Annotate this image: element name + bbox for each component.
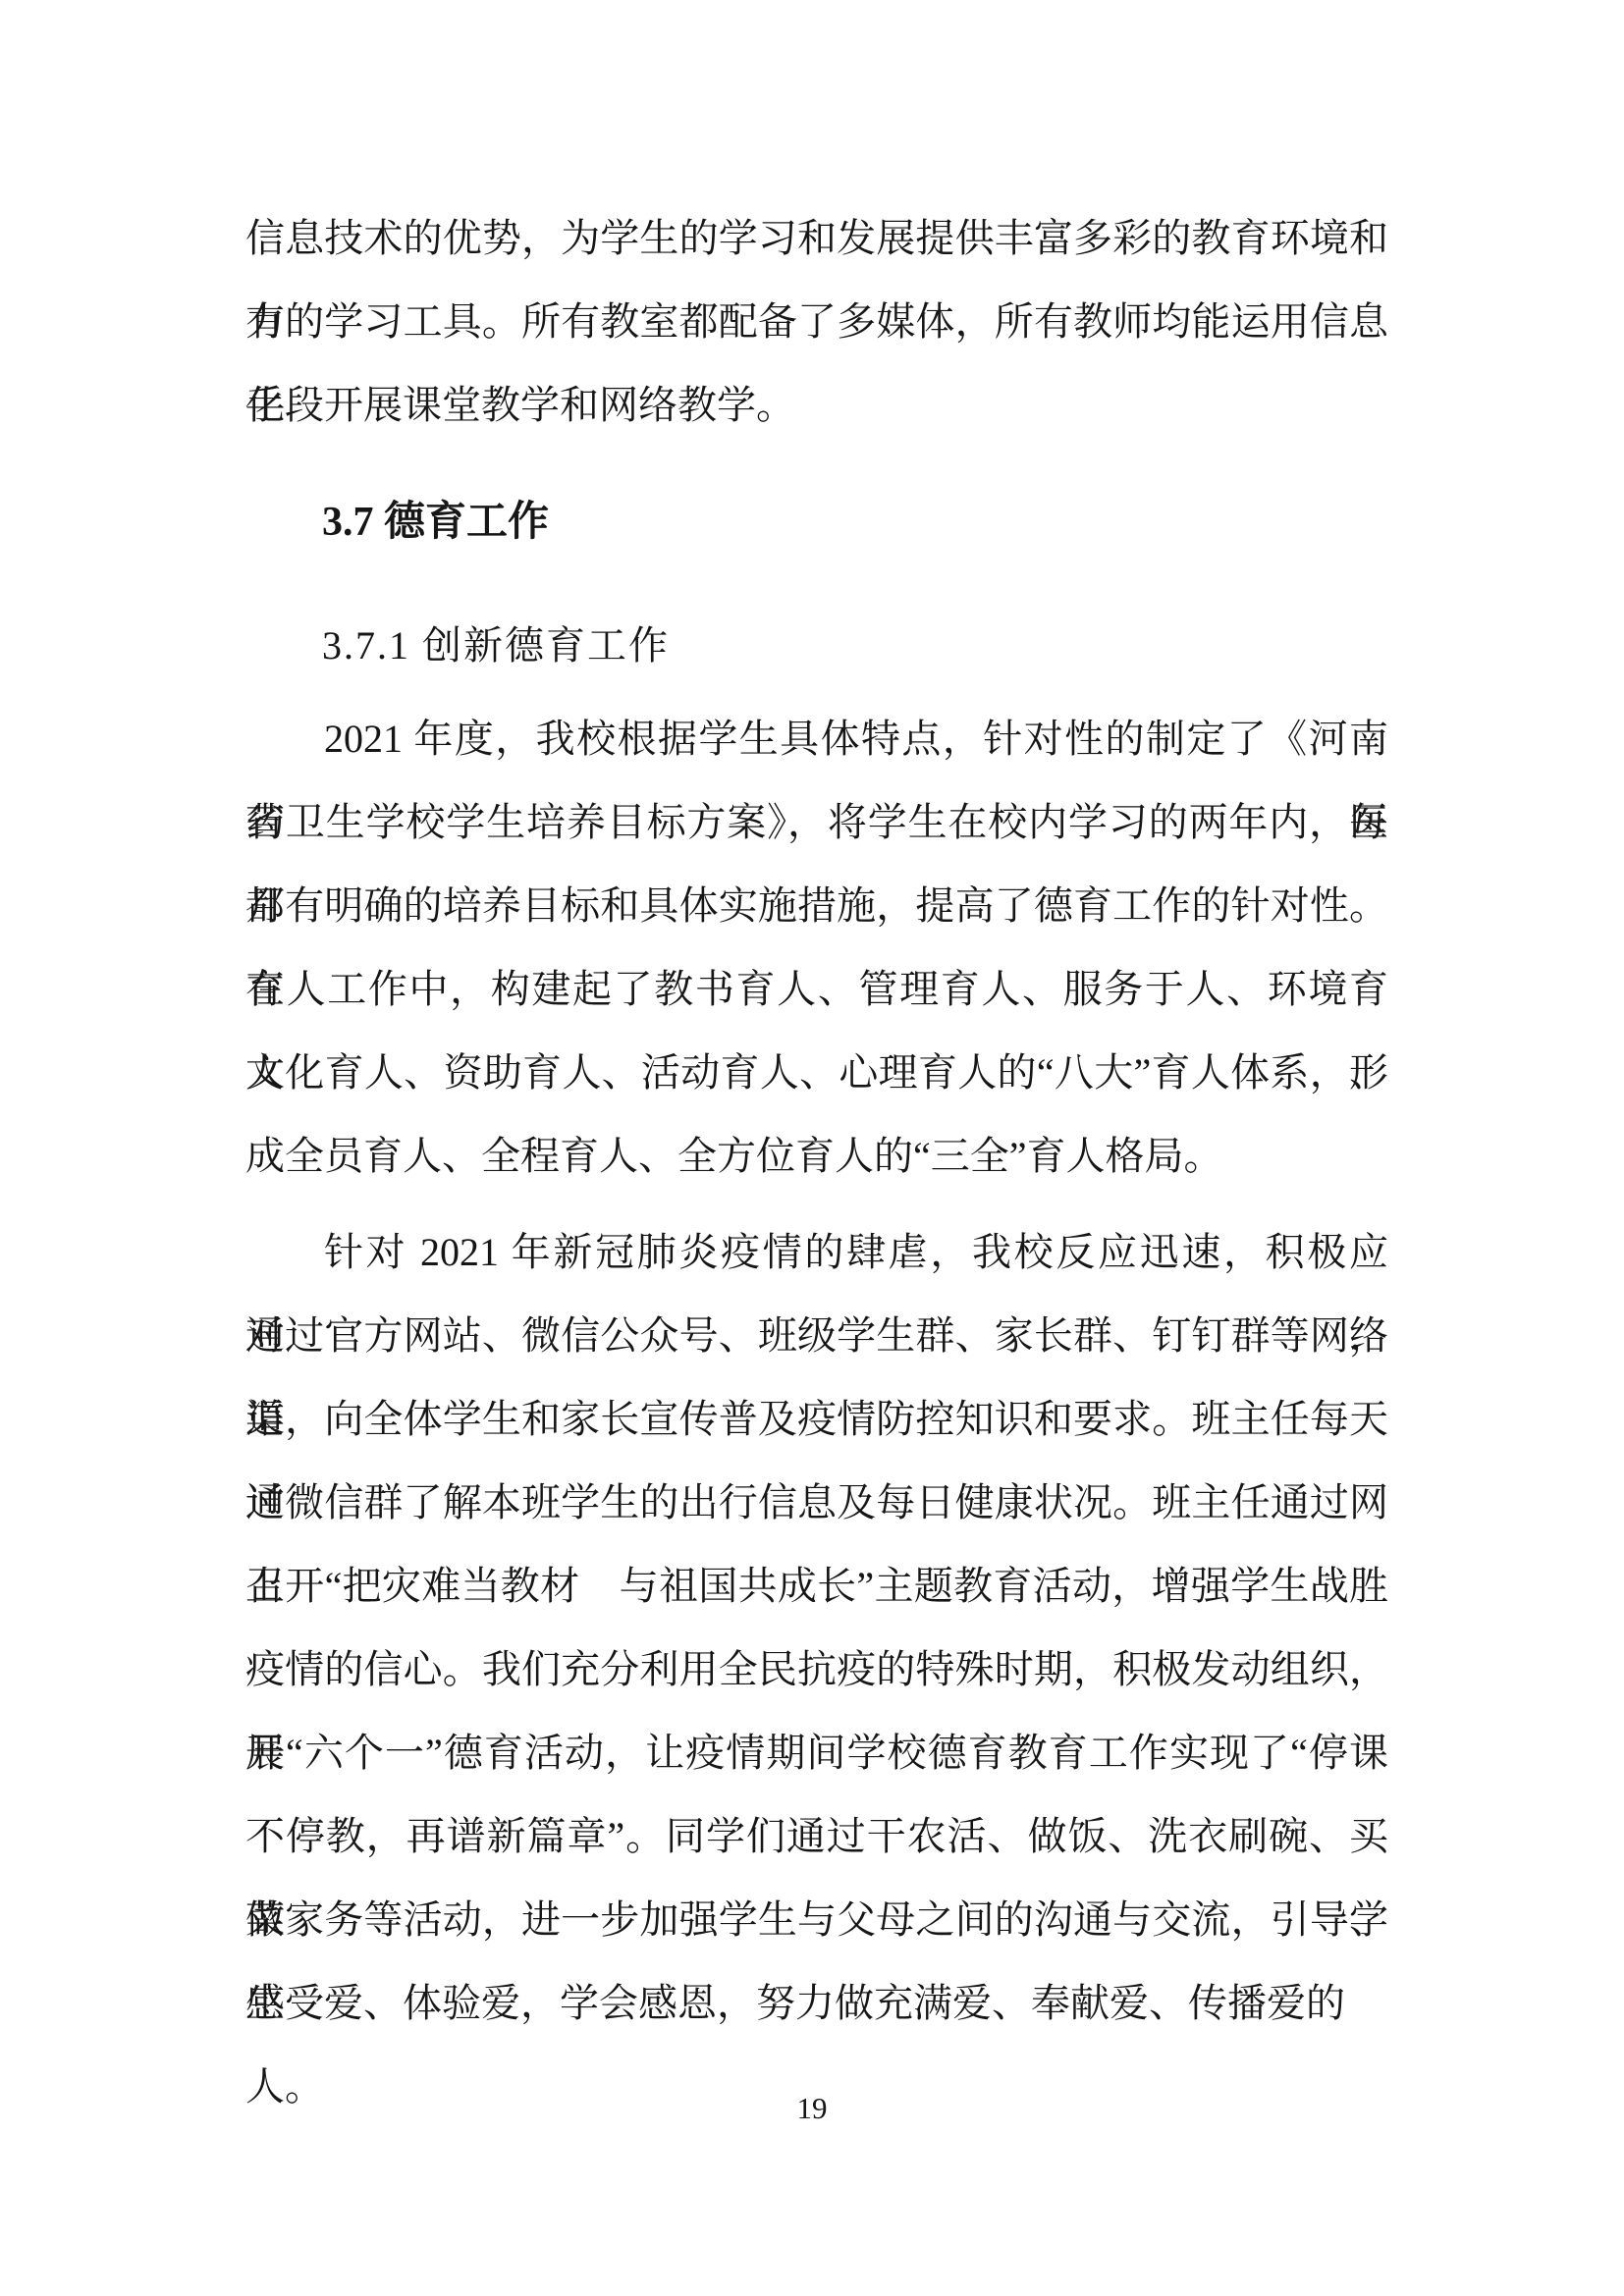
- paragraph-plan: 2021 年度，我校根据学生具体特点，针对性的制定了《河南省医 药卫生学校学生培…: [245, 697, 1388, 1198]
- body-line: 药卫生学校学生培养目标方案》，将学生在校内学习的两年内，每月: [245, 780, 1388, 864]
- body-line: 做家务等活动，进一步加强学生与父母之间的沟通与交流，引导学生: [245, 1878, 1388, 1961]
- body-line: 力的学习工具。所有教室都配备了多媒体，所有教师均能运用信息化: [245, 280, 1388, 363]
- body-line: 2021 年度，我校根据学生具体特点，针对性的制定了《河南省医: [245, 697, 1388, 780]
- document-page: 信息技术的优势，为学生的学习和发展提供丰富多彩的教育环境和有 力的学习工具。所有…: [0, 0, 1624, 2296]
- body-line: 道，向全体学生和家长宣传普及疫情防控知识和要求。班主任每天通: [245, 1377, 1388, 1461]
- body-line: 成全员育人、全程育人、全方位育人的“三全”育人格局。: [245, 1114, 1388, 1198]
- body-line: 育人工作中，构建起了教书育人、管理育人、服务于人、环境育人、: [245, 947, 1388, 1031]
- body-line: 过微信群了解本班学生的出行信息及每日健康状况。班主任通过网上: [245, 1461, 1388, 1544]
- body-line: 针对 2021 年新冠肺炎疫情的肆虐，我校反应迅速，积极应对，: [245, 1210, 1388, 1294]
- page-number: 19: [0, 2091, 1624, 2126]
- subsection-heading: 3.7.1 创新德育工作: [245, 616, 1388, 675]
- body-line: 手段开展课堂教学和网络教学。: [245, 363, 1388, 447]
- body-line: 感受爱、体验爱，学会感恩，努力做充满爱、奉献爱、传播爱的人。: [245, 1961, 1388, 2045]
- body-line: 疫情的信心。我们充分利用全民抗疫的特殊时期，积极发动组织，开: [245, 1628, 1388, 1711]
- body-line: 信息技术的优势，为学生的学习和发展提供丰富多彩的教育环境和有: [245, 196, 1388, 280]
- section-heading: 3.7 德育工作: [245, 493, 1388, 552]
- body-line: 召开“把灾难当教材 与祖国共成长”主题教育活动，增强学生战胜: [245, 1544, 1388, 1628]
- body-line: 展“六个一”德育活动，让疫情期间学校德育教育工作实现了“停课: [245, 1711, 1388, 1794]
- paragraph-intro: 信息技术的优势，为学生的学习和发展提供丰富多彩的教育环境和有 力的学习工具。所有…: [245, 196, 1388, 447]
- body-line: 通过官方网站、微信公众号、班级学生群、家长群、钉钉群等网络渠: [245, 1294, 1388, 1377]
- body-line: 都有明确的培养目标和具体实施措施，提高了德育工作的针对性。在: [245, 864, 1388, 947]
- body-line: 文化育人、资助育人、活动育人、心理育人的“八大”育人体系，形: [245, 1031, 1388, 1114]
- body-line: 不停教，再谱新篇章”。同学们通过干农活、做饭、洗衣刷碗、买菜、: [245, 1794, 1388, 1878]
- paragraph-covid: 针对 2021 年新冠肺炎疫情的肆虐，我校反应迅速，积极应对， 通过官方网站、微…: [245, 1210, 1388, 2045]
